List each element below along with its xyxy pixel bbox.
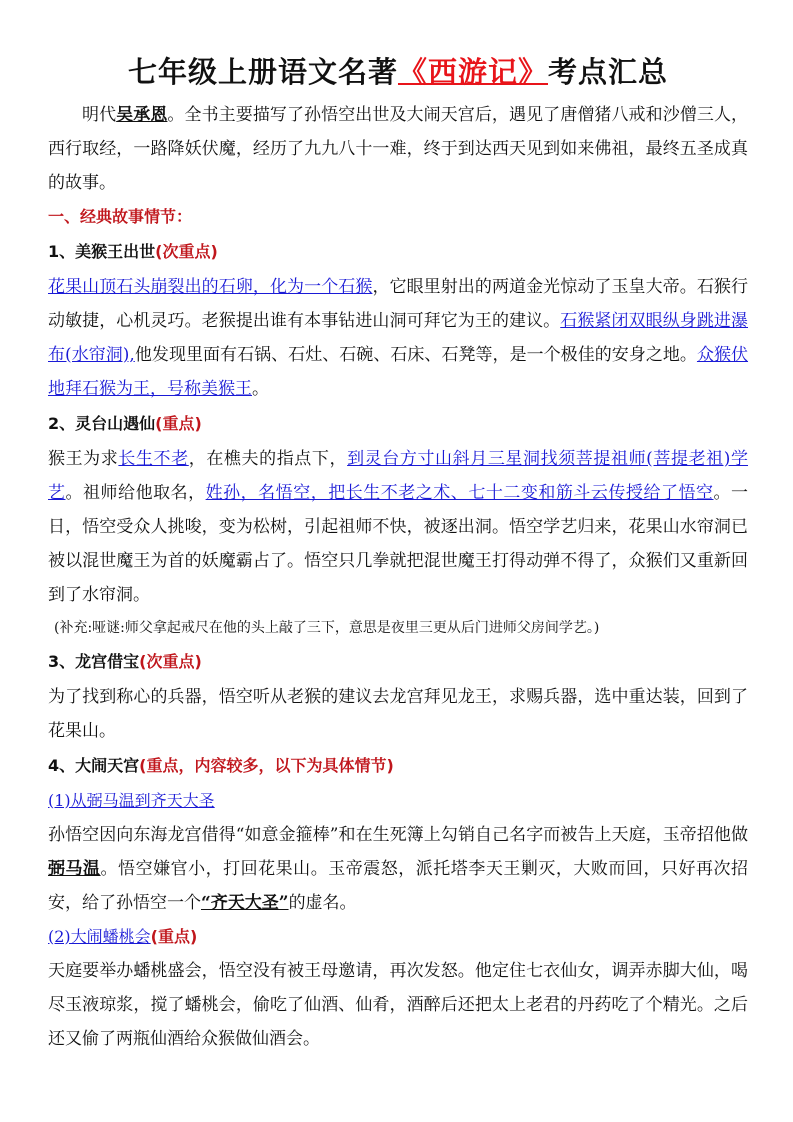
story-title: 2、灵台山遇仙	[48, 414, 155, 433]
importance-tag: (重点)	[151, 927, 198, 946]
body-text: 。	[252, 379, 269, 399]
intro-pre: 明代	[82, 105, 116, 125]
story-title: 4、大闹天宫	[48, 756, 139, 775]
body-text: 。悟空嫌官小，打回花果山。玉帝震怒，派托塔李天王剿灭，大败而回，只好再次招安，给…	[48, 859, 748, 913]
importance-tag: (重点)	[155, 414, 202, 433]
emphasis-text: 弼马温	[48, 859, 101, 879]
title-suffix: 考点汇总	[548, 55, 668, 89]
story-heading-1: 1、美猴王出世(次重点)	[48, 234, 748, 270]
body-text: 为了找到称心的兵器，悟空听从老猴的建议去龙宫拜见龙王，求赐兵器，选中重达装，回到…	[48, 687, 748, 741]
section-heading-plots: 一、经典故事情节：	[48, 200, 748, 234]
body-text: 猴王为求	[48, 449, 118, 469]
story-title: 3、龙宫借宝	[48, 652, 139, 671]
title-prefix: 七年级上册语文名著	[128, 55, 398, 89]
body-text: 。祖师给他取名，	[66, 483, 206, 503]
subsection-link[interactable]: (2)大闹蟠桃会	[48, 927, 151, 946]
importance-tag: (重点，内容较多，以下为具体情节)	[139, 756, 394, 775]
body-text: 孙悟空因向东海龙宫借得“如意金箍棒”和在生死簿上勾销自己名字而被告上天庭，玉帝招…	[48, 825, 748, 845]
highlight-link[interactable]: 花果山顶石头崩裂出的石卵，化为一个石猴	[48, 277, 372, 297]
highlight-link[interactable]: 姓孙，名悟空，把长生不老之术、七十二变和筋斗云传授给了悟空	[206, 483, 714, 503]
subsection-heading-2: (2)大闹蟠桃会(重点)	[48, 920, 748, 954]
story-title: 1、美猴王出世	[48, 242, 155, 261]
subsection-heading-1: (1)从弼马温到齐天大圣	[48, 784, 748, 818]
supplement-note: (补充:哑谜:师父拿起戒尺在他的头上敲了三下，意思是夜里三更从后门进师父房间学艺…	[48, 612, 748, 644]
subsection-body-2: 天庭要举办蟠桃盛会，悟空没有被王母邀请，再次发怒。他定住七衣仙女，调弄赤脚大仙，…	[48, 954, 748, 1056]
story-heading-4: 4、大闹天宫(重点，内容较多，以下为具体情节)	[48, 748, 748, 784]
body-text: ，在樵夫的指点下，	[189, 449, 347, 469]
subsection-link[interactable]: (1)从弼马温到齐天大圣	[48, 791, 215, 810]
body-text: 的虚名。	[289, 893, 357, 913]
story-body-2: 猴王为求长生不老，在樵夫的指点下，到灵台方寸山斜月三星洞找须菩提祖师(菩提老祖)…	[48, 442, 748, 612]
body-text: 他发现里面有石锅、石灶、石碗、石床、石凳等，是一个极佳的安身之地。	[135, 345, 697, 365]
intro-paragraph: 明代吴承恩。全书主要描写了孙悟空出世及大闹天宫后，遇见了唐僧猪八戒和沙僧三人，西…	[48, 98, 748, 200]
importance-tag: (次重点)	[155, 242, 218, 261]
highlight-link[interactable]: 长生不老	[118, 449, 188, 469]
title-book-name: 《西游记》	[398, 55, 548, 89]
story-heading-2: 2、灵台山遇仙(重点)	[48, 406, 748, 442]
page-title: 七年级上册语文名著《西游记》考点汇总	[48, 52, 748, 92]
document-page: 七年级上册语文名著《西游记》考点汇总 明代吴承恩。全书主要描写了孙悟空出世及大闹…	[48, 52, 748, 1056]
emphasis-text: “齐天大圣”	[201, 893, 289, 913]
story-body-3: 为了找到称心的兵器，悟空听从老猴的建议去龙宫拜见龙王，求赐兵器，选中重达装，回到…	[48, 680, 748, 748]
importance-tag: (次重点)	[139, 652, 202, 671]
author-name: 吴承恩	[116, 105, 167, 125]
story-body-1: 花果山顶石头崩裂出的石卵，化为一个石猴，它眼里射出的两道金光惊动了玉皇大帝。石猴…	[48, 270, 748, 406]
body-text: 天庭要举办蟠桃盛会，悟空没有被王母邀请，再次发怒。他定住七衣仙女，调弄赤脚大仙，…	[48, 961, 748, 1049]
subsection-body-1: 孙悟空因向东海龙宫借得“如意金箍棒”和在生死簿上勾销自己名字而被告上天庭，玉帝招…	[48, 818, 748, 920]
story-heading-3: 3、龙宫借宝(次重点)	[48, 644, 748, 680]
